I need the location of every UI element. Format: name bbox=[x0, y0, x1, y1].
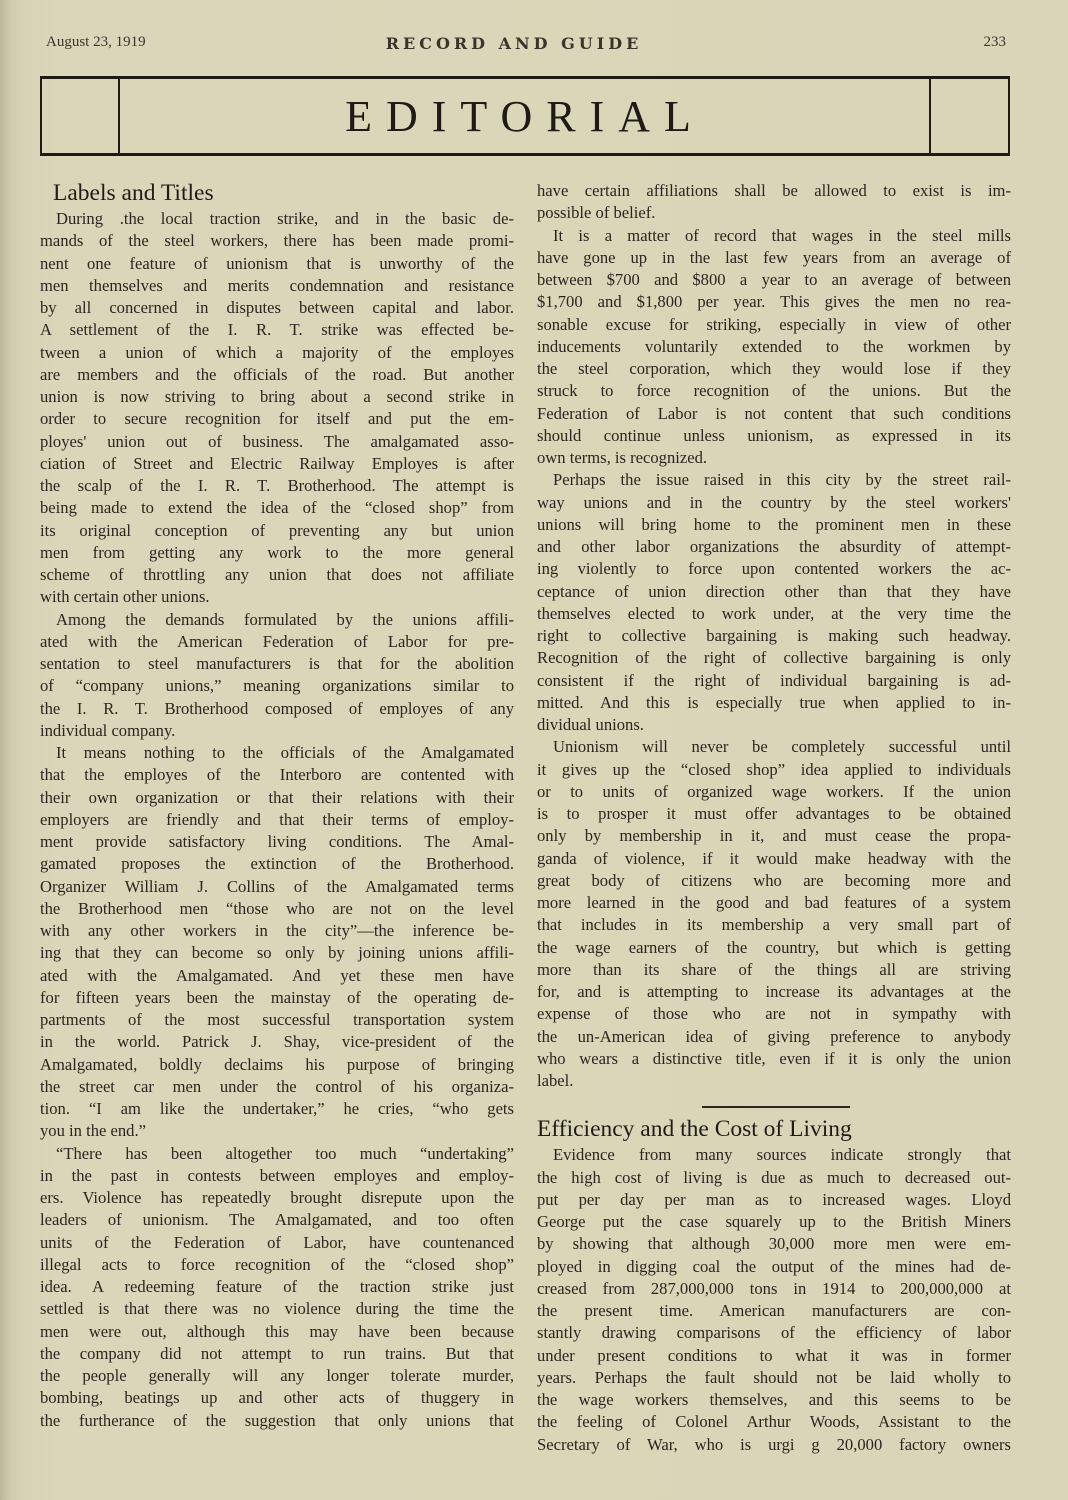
text-line: ers. Violence has repeatedly brought dis… bbox=[40, 1187, 514, 1209]
text-line: themselves elected to work under, at the… bbox=[537, 603, 1011, 625]
text-line: individual company. bbox=[40, 720, 514, 742]
text-line: great body of citizens who are becoming … bbox=[537, 870, 1011, 892]
text-line: the scalp of the I. R. T. Brotherhood. T… bbox=[40, 475, 514, 497]
text-line: between $700 and $800 a year to an avera… bbox=[537, 269, 1011, 291]
text-line: more than its share of the things all ar… bbox=[537, 959, 1011, 981]
text-line: ganda of violence, if it would make head… bbox=[537, 848, 1011, 870]
text-line: the present time. American manufacturers… bbox=[537, 1300, 1011, 1322]
text-line: mands of the steel workers, there has be… bbox=[40, 230, 514, 252]
text-line: ment provide satisfactory living conditi… bbox=[40, 831, 514, 853]
text-line: ployed in digging coal the output of the… bbox=[537, 1256, 1011, 1278]
text-line: with certain other unions. bbox=[40, 586, 514, 608]
text-line: the street car men under the control of … bbox=[40, 1076, 514, 1098]
text-line: only by membership in it, and must cease… bbox=[537, 825, 1011, 847]
text-line: leaders of unionism. The Amalgamated, an… bbox=[40, 1209, 514, 1231]
text-line: the wage workers themselves, and this se… bbox=[537, 1389, 1011, 1411]
right-column: have certain affiliations shall be allow… bbox=[537, 180, 1011, 1456]
text-line: by all concerned in disputes between cap… bbox=[40, 297, 514, 319]
text-line: mitted. And this is especially true when… bbox=[537, 692, 1011, 714]
text-line: put per day per man as to increased wage… bbox=[537, 1189, 1011, 1211]
article-headline: Efficiency and the Cost of Living bbox=[537, 1114, 1011, 1144]
article-separator-rule bbox=[702, 1106, 850, 1108]
text-line: men were out, although this may have bee… bbox=[40, 1321, 514, 1343]
text-line: ing that they can become so only by join… bbox=[40, 942, 514, 964]
text-line: gamated proposes the extinction of the B… bbox=[40, 853, 514, 875]
text-line: it gives up the “closed shop” idea appli… bbox=[537, 759, 1011, 781]
text-line: have gone up in the last few years from … bbox=[537, 247, 1011, 269]
text-line: idea. A redeeming feature of the tractio… bbox=[40, 1276, 514, 1298]
text-line: who wears a distinctive title, even if i… bbox=[537, 1048, 1011, 1070]
text-line: way unions and in the country by the ste… bbox=[537, 492, 1011, 514]
text-line: tion. “I am like the undertaker,” he cri… bbox=[40, 1098, 514, 1120]
text-line: ated with the American Federation of Lab… bbox=[40, 631, 514, 653]
text-line: It is a matter of record that wages in t… bbox=[537, 225, 1011, 247]
text-line: the wage earners of the country, but whi… bbox=[537, 937, 1011, 959]
text-line: order to secure recognition for itself a… bbox=[40, 408, 514, 430]
text-line: the high cost of living is due as much t… bbox=[537, 1167, 1011, 1189]
text-line: its original conception of preventing an… bbox=[40, 520, 514, 542]
text-line: During .the local traction strike, and i… bbox=[40, 208, 514, 230]
text-line: sentation to steel manufacturers is that… bbox=[40, 653, 514, 675]
text-line: is to prosper it must offer advantages t… bbox=[537, 803, 1011, 825]
text-line: the I. R. T. Brotherhood composed of emp… bbox=[40, 698, 514, 720]
left-column: Labels and Titles During .the local trac… bbox=[40, 178, 514, 1432]
text-line: consistent if the right of individual ba… bbox=[537, 670, 1011, 692]
text-line: more learned in the good and bad feature… bbox=[537, 892, 1011, 914]
text-line: that includes in its membership a very s… bbox=[537, 914, 1011, 936]
text-line: in the past in contests between employes… bbox=[40, 1165, 514, 1187]
text-line: for, and is attempting to increase its a… bbox=[537, 981, 1011, 1003]
text-line: inducements voluntarily extended to the … bbox=[537, 336, 1011, 358]
editorial-banner: EDITORIAL bbox=[40, 76, 1010, 156]
text-line: Among the demands formulated by the unio… bbox=[40, 609, 514, 631]
text-line: that the employes of the Interboro are c… bbox=[40, 764, 514, 786]
text-line: men themselves and merits condemnation a… bbox=[40, 275, 514, 297]
text-line: the feeling of Colonel Arthur Woods, Ass… bbox=[537, 1411, 1011, 1433]
text-line: or to units of organized wage workers. I… bbox=[537, 781, 1011, 803]
text-line: Organizer William J. Collins of the Amal… bbox=[40, 876, 514, 898]
text-line: stantly drawing comparisons of the effic… bbox=[537, 1322, 1011, 1344]
text-line: men from getting any work to the more ge… bbox=[40, 542, 514, 564]
text-line: Recognition of the right of collective b… bbox=[537, 647, 1011, 669]
text-line: the Brotherhood men “those who are not o… bbox=[40, 898, 514, 920]
article-headline: Labels and Titles bbox=[40, 178, 514, 208]
text-line: and other labor organizations the absurd… bbox=[537, 536, 1011, 558]
page-number: 233 bbox=[984, 34, 1007, 51]
text-line: have certain affiliations shall be allow… bbox=[537, 180, 1011, 202]
text-line: possible of belief. bbox=[537, 202, 1011, 224]
text-line: years. Perhaps the fault should not be l… bbox=[537, 1367, 1011, 1389]
text-line: tween a union of which a majority of the… bbox=[40, 342, 514, 364]
text-line: in the world. Patrick J. Shay, vice-pres… bbox=[40, 1031, 514, 1053]
text-line: with any other workers in the city”—the … bbox=[40, 920, 514, 942]
article-body-second: Evidence from many sources indicate stro… bbox=[537, 1144, 1011, 1456]
text-line: the people generally will any longer tol… bbox=[40, 1365, 514, 1387]
text-line: partments of the most successful transpo… bbox=[40, 1009, 514, 1031]
article-body-left: During .the local traction strike, and i… bbox=[40, 208, 514, 1432]
text-line: ated with the Amalgamated. And yet these… bbox=[40, 965, 514, 987]
text-line: own terms, is recognized. bbox=[537, 447, 1011, 469]
text-line: for fifteen years been the mainstay of t… bbox=[40, 987, 514, 1009]
text-line: the furtherance of the suggestion that o… bbox=[40, 1410, 514, 1432]
text-line: illegal acts to force recognition of the… bbox=[40, 1254, 514, 1276]
text-line: Amalgamated, boldly declaims his purpose… bbox=[40, 1054, 514, 1076]
text-line: $1,700 and $1,800 per year. This gives t… bbox=[537, 291, 1011, 313]
text-line: ployes' union out of business. The amalg… bbox=[40, 431, 514, 453]
text-line: dividual unions. bbox=[537, 714, 1011, 736]
text-line: sonable excuse for striking, especially … bbox=[537, 314, 1011, 336]
text-line: George put the case squarely up to the B… bbox=[537, 1211, 1011, 1233]
text-line: Unionism will never be completely succes… bbox=[537, 736, 1011, 758]
text-line: right to collective bargaining is making… bbox=[537, 625, 1011, 647]
text-line: struck to force recognition of the union… bbox=[537, 380, 1011, 402]
text-line: bombing, beatings up and other acts of t… bbox=[40, 1387, 514, 1409]
text-line: ceptance of union direction other than t… bbox=[537, 581, 1011, 603]
text-line: ciation of Street and Electric Railway E… bbox=[40, 453, 514, 475]
section-title: EDITORIAL bbox=[42, 91, 1008, 142]
text-line: A settlement of the I. R. T. strike was … bbox=[40, 319, 514, 341]
text-line: should continue unless unionism, as expr… bbox=[537, 425, 1011, 447]
text-line: ing violently to force upon contented wo… bbox=[537, 558, 1011, 580]
article-body-right: have certain affiliations shall be allow… bbox=[537, 180, 1011, 1092]
text-line: employers are friendly and that their te… bbox=[40, 809, 514, 831]
text-line: union is now striving to bring about a s… bbox=[40, 386, 514, 408]
text-line: the un-American idea of giving preferenc… bbox=[537, 1026, 1011, 1048]
text-line: the steel corporation, which they would … bbox=[537, 358, 1011, 380]
text-line: “There has been altogether too much “und… bbox=[40, 1143, 514, 1165]
text-line: units of the Federation of Labor, have c… bbox=[40, 1232, 514, 1254]
text-line: of “company unions,” meaning organizatio… bbox=[40, 675, 514, 697]
text-line: are members and the officials of the roa… bbox=[40, 364, 514, 386]
text-line: unions will bring home to the prominent … bbox=[537, 514, 1011, 536]
publication-title: RECORD AND GUIDE bbox=[46, 34, 1006, 53]
text-line: Evidence from many sources indicate stro… bbox=[537, 1144, 1011, 1166]
text-line: being made to extend the idea of the “cl… bbox=[40, 497, 514, 519]
text-line: creased from 287,000,000 tons in 1914 to… bbox=[537, 1278, 1011, 1300]
text-line: expense of those who are not in sympathy… bbox=[537, 1003, 1011, 1025]
text-line: label. bbox=[537, 1070, 1011, 1092]
text-line: the company did not attempt to run train… bbox=[40, 1343, 514, 1365]
text-line: their own organization or that their rel… bbox=[40, 787, 514, 809]
text-line: Secretary of War, who is urgi g 20,000 f… bbox=[537, 1434, 1011, 1456]
text-line: Federation of Labor is not content that … bbox=[537, 403, 1011, 425]
text-line: scheme of throttling any union that does… bbox=[40, 564, 514, 586]
text-line: Perhaps the issue raised in this city by… bbox=[537, 469, 1011, 491]
text-line: under present conditions to what it was … bbox=[537, 1345, 1011, 1367]
running-head: August 23, 1919 RECORD AND GUIDE 233 bbox=[46, 34, 1006, 56]
text-line: nent one feature of unionism that is unw… bbox=[40, 253, 514, 275]
text-line: settled is that there was no violence du… bbox=[40, 1298, 514, 1320]
text-line: It means nothing to the officials of the… bbox=[40, 742, 514, 764]
text-line: you in the end.” bbox=[40, 1120, 514, 1142]
text-line: by showing that although 30,000 more men… bbox=[537, 1233, 1011, 1255]
